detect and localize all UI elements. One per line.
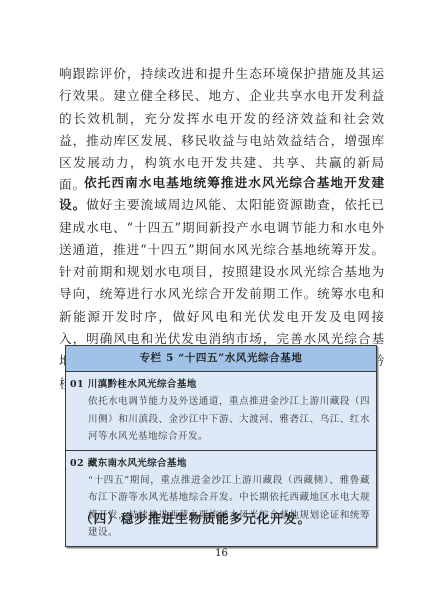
box-item-body: 依托水电调节能力及外送通道，重点推进金沙江上游川藏段（四川侧）和川滇段、金沙江中…: [70, 393, 370, 446]
document-page: 响跟踪评价，持续改进和提升生态环境保护措施及其运行效果。建立健全移民、地方、企业…: [0, 0, 443, 608]
box-item-2: 02 藏东南水风光综合基地 “十四五”期间，重点推进金沙江上游川藏段（西藏侧）、…: [66, 450, 376, 546]
box-item-body: “十四五”期间，重点推进金沙江上游川藏段（西藏侧）、雅鲁藏布江下游等水风光基地综…: [70, 472, 370, 542]
section-subheading: （四）稳步推进生物质能多元化开发。: [80, 508, 311, 527]
box-title: 专栏 5 “十四五”水风光综合基地: [66, 346, 376, 372]
box-item-title: 01 川滇黔桂水风光综合基地: [70, 376, 370, 393]
box-item-title: 02 藏东南水风光综合基地: [70, 455, 370, 472]
box-item-1: 01 川滇黔桂水风光综合基地 依托水电调节能力及外送通道，重点推进金沙江上游川藏…: [66, 372, 376, 450]
page-number: 16: [0, 548, 443, 559]
